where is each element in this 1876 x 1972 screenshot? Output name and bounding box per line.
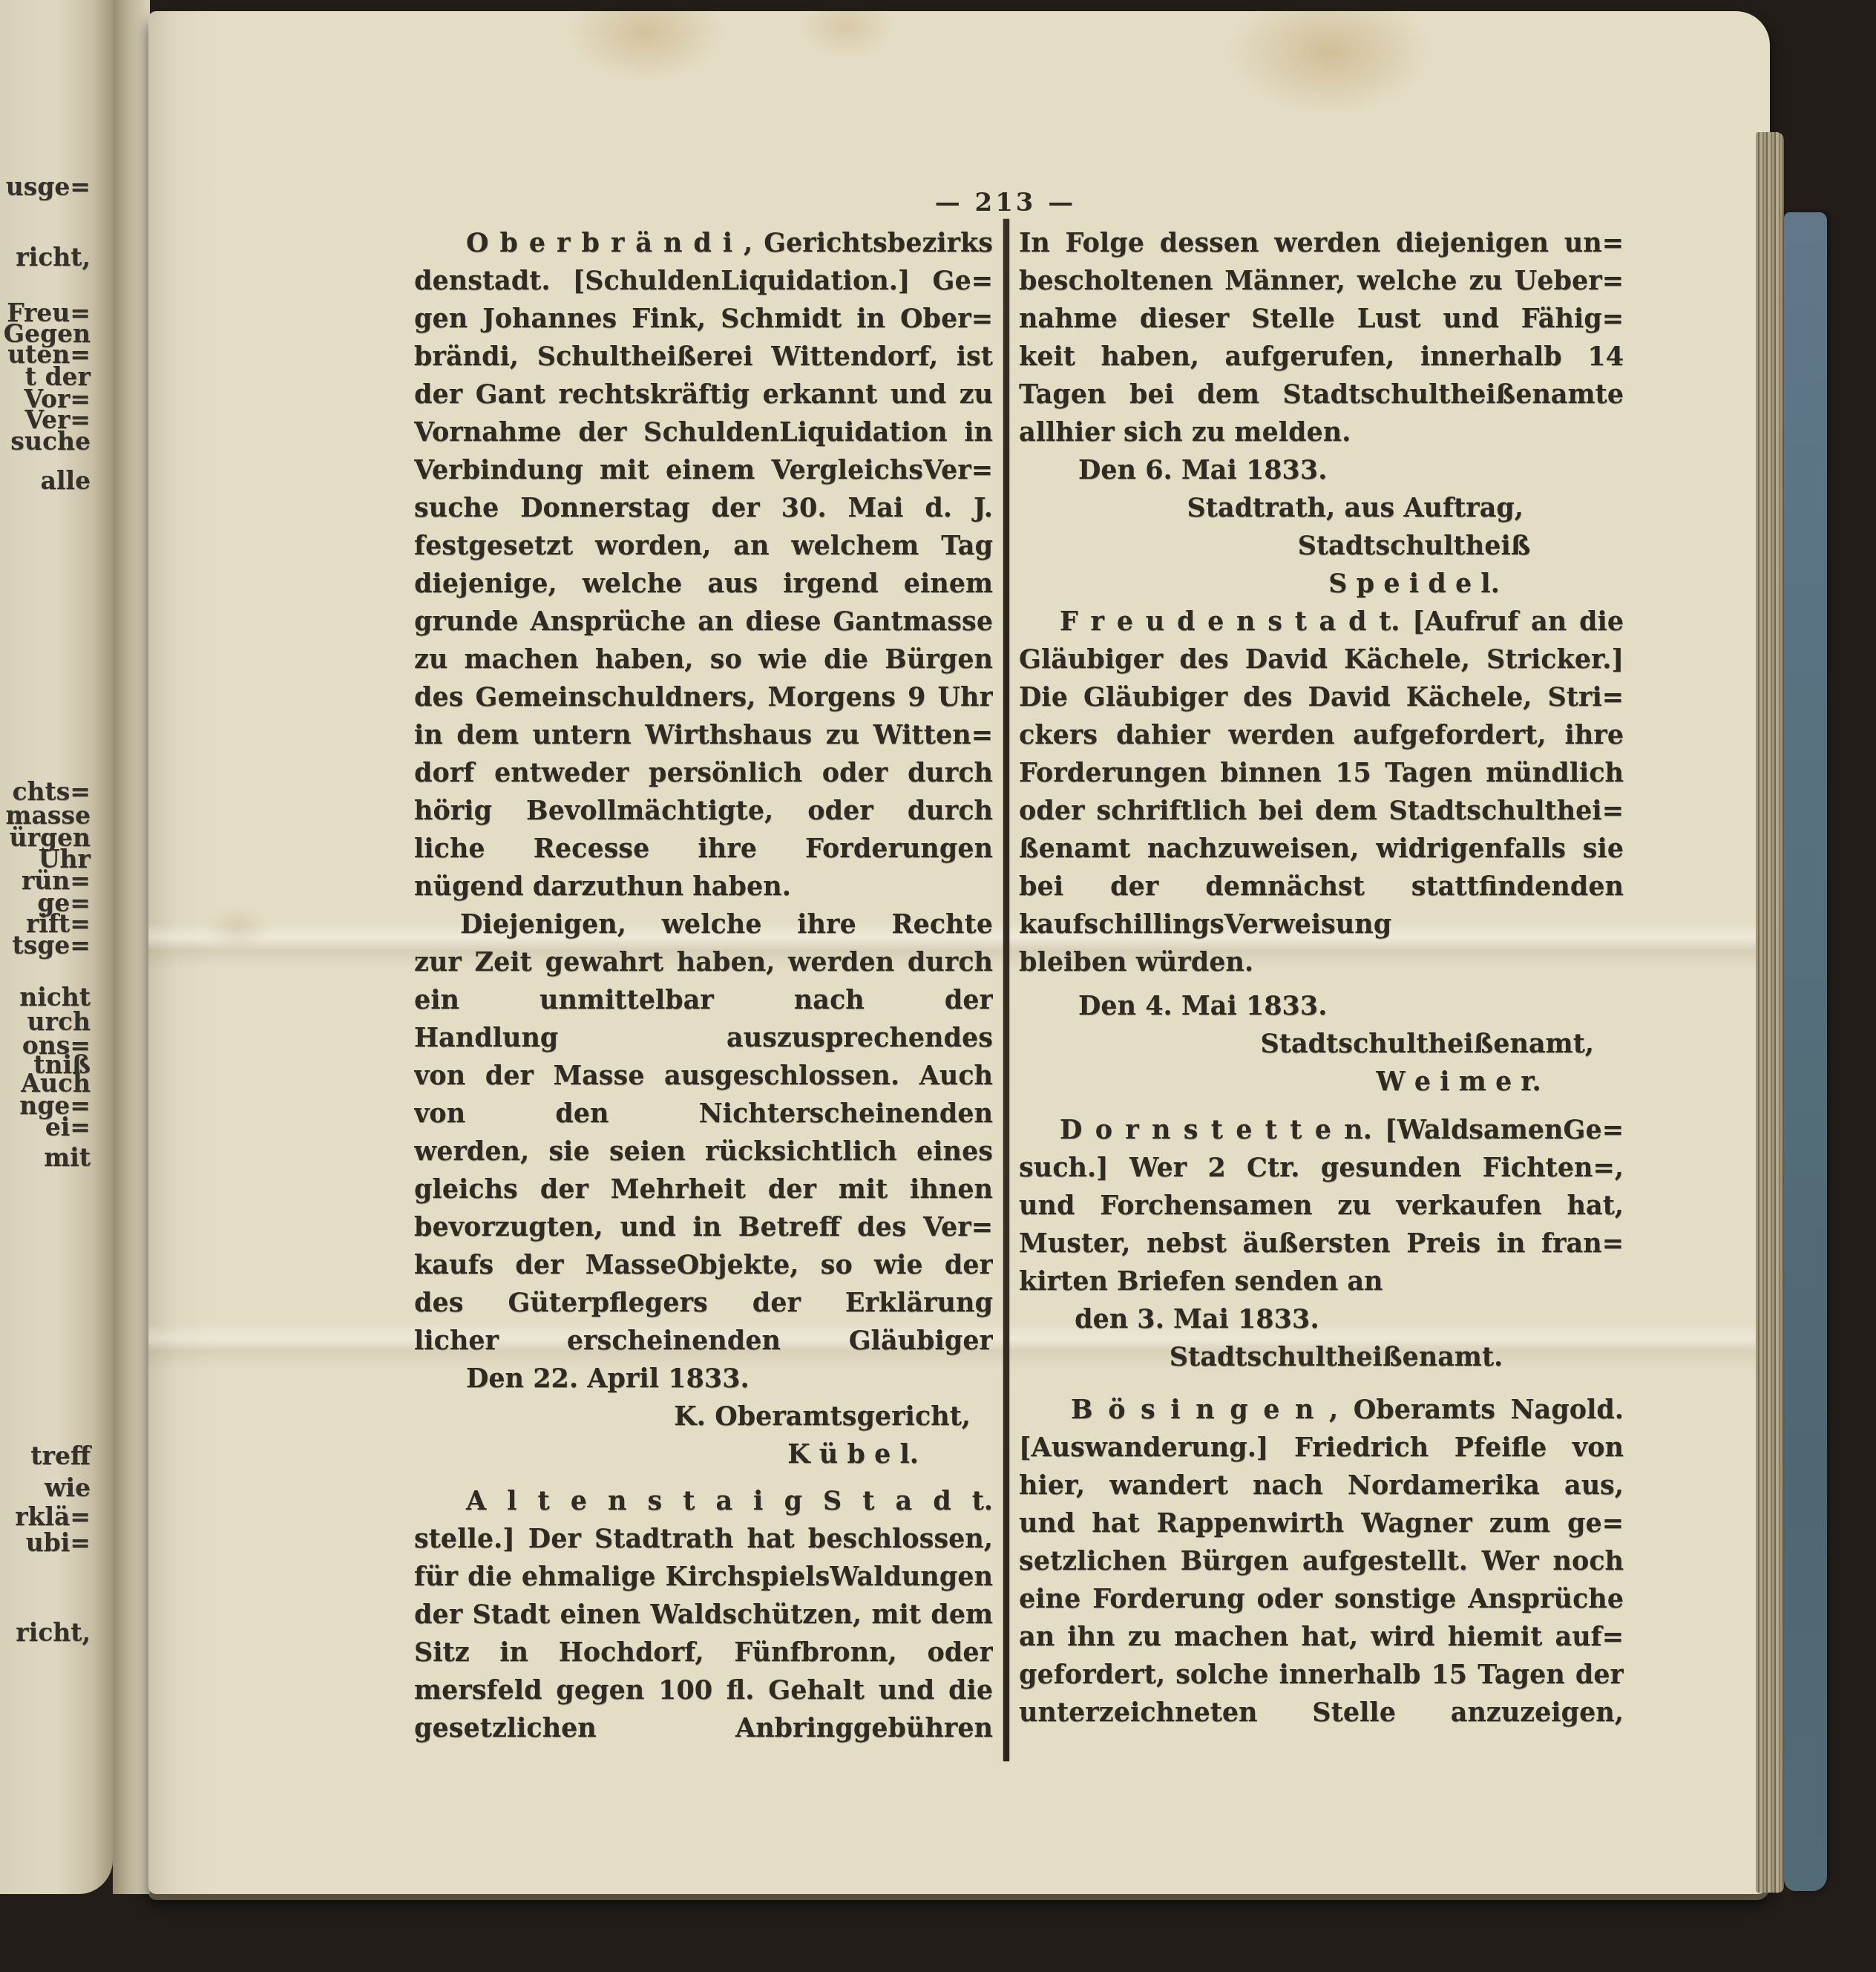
- margin-text-fragment: richt,: [16, 245, 91, 269]
- text-line: Diejenigen, welche ihre Rechte nicht: [414, 905, 993, 943]
- column-divider-rule: [1003, 219, 1009, 1761]
- book-pages-edge: [1756, 132, 1784, 1893]
- margin-text-fragment: nicht: [19, 985, 91, 1009]
- text-line: liche Recesse ihre Forderungen rechtsge=: [414, 830, 993, 868]
- text-line: Handlung auszusprechendes Erkenntniß: [414, 1019, 993, 1057]
- text-line: in dem untern Wirthshaus zu Witten=: [414, 716, 993, 754]
- text-line: dorf entweder persönlich oder durch ge=: [414, 754, 993, 792]
- text-line: In Folge dessen werden diejenigen un=: [1019, 224, 1624, 262]
- book-gutter-shadow: [113, 0, 150, 1894]
- text-line: diejenige, welche aus irgend einem Recht…: [414, 565, 993, 603]
- text-line: der Gant rechtskräftig erkannt und zu: [414, 376, 993, 413]
- text-line: allhier sich zu melden.: [1019, 413, 1624, 451]
- text-line: werden, sie seien rücksichtlich eines Ve…: [414, 1133, 993, 1170]
- text-line: setzlichen Bürgen aufgestellt. Wer noch: [1019, 1542, 1624, 1580]
- text-line: ein unmittelbar nach der Liquidations=: [414, 981, 993, 1019]
- text-line: des Güterpflegers der Erklärung sämmt=: [414, 1284, 993, 1322]
- text-line: Stadtrath, aus Auftrag,: [1019, 489, 1624, 527]
- text-line: K ü b e l.: [414, 1435, 993, 1473]
- text-line: ßenamt nachzuweisen, widrigenfalls sie: [1019, 830, 1624, 868]
- text-line: eine Forderung oder sonstige Ansprüche: [1019, 1580, 1624, 1618]
- text-line: von den Nichterscheinenden angenommen: [414, 1095, 993, 1133]
- text-line: bleiben würden.: [1019, 943, 1624, 981]
- text-line: ckers dahier werden aufgefordert, ihre: [1019, 716, 1624, 754]
- text-line: suche Donnerstag der 30. Mai d. J.: [414, 489, 993, 527]
- text-column-left: O b e r b r ä n d i , Gerichtsbezirks Fr…: [414, 224, 993, 1747]
- text-line: Den 6. Mai 1833.: [1019, 451, 1624, 489]
- facing-page-edge: usge=richt,Freu=Gegenuten=t derVor=Ver=s…: [0, 0, 113, 1894]
- text-line: such.] Wer 2 Ctr. gesunden Fichten=,: [1019, 1149, 1624, 1187]
- text-line: stelle.] Der Stadtrath hat beschlossen,: [414, 1520, 993, 1558]
- text-line: Den 4. Mai 1833.: [1019, 987, 1624, 1025]
- margin-text-fragment: suche: [10, 429, 91, 453]
- text-line: licher erscheinenden Gläubiger beigetret…: [414, 1322, 993, 1360]
- text-line: A l t e n s t a i g S t a d t. [Waldschü…: [414, 1482, 993, 1520]
- text-line: zu machen haben, so wie die Bürgen: [414, 641, 993, 678]
- text-column-right: In Folge dessen werden diejenigen un=bes…: [1019, 224, 1624, 1732]
- text-line: kaufschillingsVerweisung unberücksichtig…: [1019, 905, 1624, 943]
- text-line: bevorzugten, und in Betreff des Ver=: [414, 1208, 993, 1246]
- margin-text-fragment: alle: [41, 468, 91, 493]
- text-line: und Forchensamen zu verkaufen hat, wolle: [1019, 1187, 1624, 1225]
- margin-text-fragment: rklä=: [15, 1504, 91, 1529]
- text-line: kirten Briefen senden an: [1019, 1262, 1624, 1300]
- text-line: bei der demnächst stattfindenden Güter=: [1019, 868, 1624, 905]
- text-line: Tagen bei dem Stadtschultheißenamte: [1019, 376, 1624, 413]
- text-line: festgesetzt worden, an welchem Tag alle: [414, 527, 993, 565]
- text-line: des Gemeinschuldners, Morgens 9 Uhr: [414, 678, 993, 716]
- text-line: D o r n s t e t t e n. [WaldsamenGe=: [1019, 1111, 1624, 1149]
- text-line: brändi, Schultheißerei Wittendorf, ist: [414, 338, 993, 376]
- text-line: gefordert, solche innerhalb 15 Tagen der: [1019, 1656, 1624, 1694]
- margin-text-fragment: usge=: [6, 174, 91, 199]
- text-line: keit haben, aufgerufen, innerhalb 14: [1019, 338, 1624, 376]
- text-line: F r e u d e n s t a d t. [Aufruf an die: [1019, 603, 1624, 641]
- margin-text-fragment: treff: [30, 1444, 91, 1468]
- text-line: Muster, nebst äußersten Preis in fran=: [1019, 1225, 1624, 1262]
- text-line: denstadt. [SchuldenLiquidation.] Ge=: [414, 262, 993, 300]
- text-line: der Stadt einen Waldschützen, mit dem: [414, 1596, 993, 1634]
- text-line: für die ehmalige KirchspielsWaldungen: [414, 1558, 993, 1596]
- text-line: Gläubiger des David Kächele, Stricker.]: [1019, 641, 1624, 678]
- text-line: mersfeld gegen 100 fl. Gehalt und die: [414, 1671, 993, 1709]
- text-line: bescholtenen Männer, welche zu Ueber=: [1019, 262, 1624, 300]
- text-line: nahme dieser Stelle Lust und Fähig=: [1019, 300, 1624, 338]
- margin-text-fragment: tsge=: [12, 933, 91, 957]
- margin-text-fragment: ubi=: [26, 1530, 91, 1555]
- text-line: unterzeichneten Stelle anzuzeigen, widri…: [1019, 1694, 1624, 1732]
- text-line: hier, wandert nach Nordamerika aus,: [1019, 1467, 1624, 1504]
- text-line: den 3. Mai 1833.: [1019, 1300, 1624, 1338]
- margin-text-fragment: richt,: [16, 1620, 91, 1645]
- text-line: gleichs der Mehrheit der mit ihnen gleic…: [414, 1170, 993, 1208]
- text-line: Verbindung mit einem VergleichsVer=: [414, 451, 993, 489]
- margin-text-fragment: mit: [44, 1145, 91, 1170]
- text-line: grunde Ansprüche an diese Gantmasse: [414, 603, 993, 641]
- text-line: Sitz in Hochdorf, Fünfbronn, oder Sim=: [414, 1634, 993, 1671]
- text-line: Stadtschultheiß: [1019, 527, 1624, 565]
- text-line: gesetzlichen Anbringgebühren aufzustelle…: [414, 1709, 993, 1747]
- text-line: K. Oberamtsgericht,: [414, 1398, 993, 1435]
- text-line: von der Masse ausgeschlossen. Auch wird: [414, 1057, 993, 1095]
- margin-text-fragment: wie: [45, 1475, 91, 1500]
- text-line: B ö s i n g e n , Oberamts Nagold.: [1019, 1391, 1624, 1429]
- text-line: Stadtschultheißenamt,: [1019, 1025, 1624, 1063]
- text-line: gen Johannes Fink, Schmidt in Ober=: [414, 300, 993, 338]
- text-line: und hat Rappenwirth Wagner zum ge=: [1019, 1504, 1624, 1542]
- text-line: S p e i d e l.: [1019, 565, 1624, 603]
- text-line: Die Gläubiger des David Kächele, Stri=: [1019, 678, 1624, 716]
- text-line: an ihn zu machen hat, wird hiemit auf=: [1019, 1618, 1624, 1656]
- text-line: [Auswanderung.] Friedrich Pfeifle von: [1019, 1429, 1624, 1467]
- text-line: nügend darzuthun haben.: [414, 868, 993, 905]
- scanned-page: — 213 — O b e r b r ä n d i , Gerichtsbe…: [148, 11, 1770, 1894]
- text-line: Forderungen binnen 15 Tagen mündlich: [1019, 754, 1624, 792]
- text-line: O b e r b r ä n d i , Gerichtsbezirks Fr…: [414, 224, 993, 262]
- text-line: kaufs der MasseObjekte, so wie der Wahl: [414, 1246, 993, 1284]
- page-number: — 213 —: [883, 188, 1128, 217]
- text-line: oder schriftlich bei dem Stadtschulthei=: [1019, 792, 1624, 830]
- text-line: zur Zeit gewahrt haben, werden durch: [414, 943, 993, 981]
- text-line: Stadtschultheißenamt.: [1019, 1338, 1624, 1376]
- text-line: Den 22. April 1833.: [414, 1360, 993, 1398]
- margin-text-fragment: ei=: [45, 1115, 91, 1139]
- book-cover-edge: [1784, 212, 1827, 1891]
- text-line: hörig Bevollmächtigte, oder durch schrif…: [414, 792, 993, 830]
- text-line: W e i m e r.: [1019, 1063, 1624, 1101]
- text-line: Vornahme der SchuldenLiquidation in: [414, 413, 993, 451]
